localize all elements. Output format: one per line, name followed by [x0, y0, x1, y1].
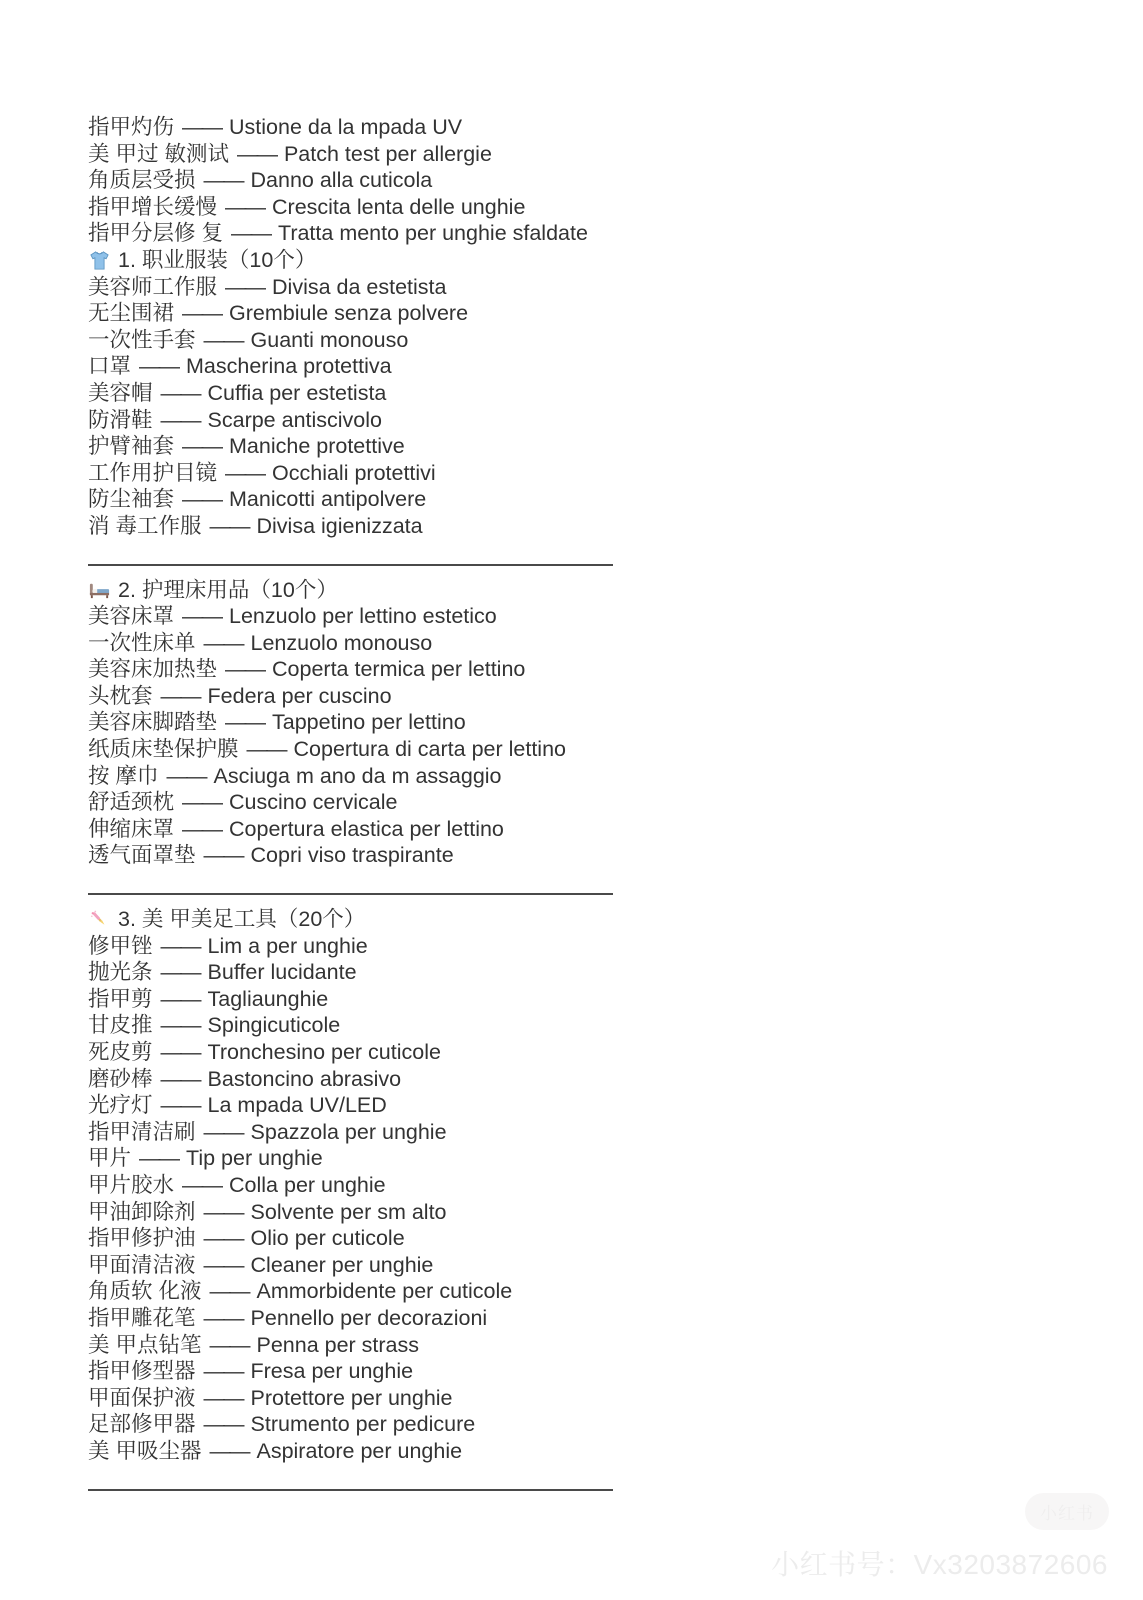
term-it: Occhiali protettivi	[272, 461, 436, 485]
sections-container: 1. 职业服装（10个）美容师工作服——Divisa da estetista无…	[88, 247, 613, 1465]
term-it: Divisa da estetista	[272, 275, 446, 299]
content-column: 指甲灼伤——Ustione da la mpada UV美 甲过 敏测试——Pa…	[88, 114, 613, 1502]
dash-separator: ——	[196, 843, 251, 867]
term-zh: 甲片	[88, 1146, 131, 1170]
vocab-line: 美 甲点钻笔——Penna per strass	[88, 1332, 613, 1359]
section-header: 3. 美 甲美足工具（20个）	[88, 906, 613, 933]
xiaohongshu-badge: 小红书	[1025, 1493, 1109, 1530]
vocab-line: 甲片——Tip per unghie	[88, 1145, 613, 1172]
term-it: Tappetino per lettino	[272, 710, 466, 734]
dash-separator: ——	[239, 737, 294, 761]
term-zh: 工作用护目镜	[88, 461, 217, 485]
final-divider	[88, 1489, 613, 1491]
vocab-line: 美容床罩——Lenzuolo per lettino estetico	[88, 603, 613, 630]
dash-separator: ——	[217, 195, 272, 219]
watermark-text: 小红书号：Vx3203872606	[771, 1543, 1108, 1583]
term-zh: 角质软 化液	[88, 1279, 201, 1303]
term-it: Lim a per unghie	[208, 934, 368, 958]
term-it: Penna per strass	[256, 1333, 419, 1357]
term-it: Fresa per unghie	[251, 1359, 414, 1383]
dash-separator: ——	[196, 168, 251, 192]
vocab-line: 磨砂棒——Bastoncino abrasivo	[88, 1066, 613, 1093]
dash-separator: ——	[201, 1279, 256, 1303]
term-it: Buffer lucidante	[208, 960, 357, 984]
term-zh: 死皮剪	[88, 1040, 153, 1064]
term-zh: 甲油卸除剂	[88, 1200, 196, 1224]
vocab-line: 甲面保护液——Protettore per unghie	[88, 1385, 613, 1412]
term-it: Tagliaunghie	[208, 987, 329, 1011]
term-zh: 美 甲吸尘器	[88, 1439, 201, 1463]
term-it: Coperta termica per lettino	[272, 657, 525, 681]
vocab-line: 美容床脚踏垫——Tappetino per lettino	[88, 709, 613, 736]
term-zh: 头枕套	[88, 684, 153, 708]
term-it: Spazzola per unghie	[251, 1120, 447, 1144]
term-zh: 消 毒工作服	[88, 514, 201, 538]
term-zh: 指甲增长缓慢	[88, 195, 217, 219]
term-it: Patch test per allergie	[284, 142, 492, 166]
vocab-line: 透气面罩垫——Copri viso traspirante	[88, 842, 613, 869]
vocab-line: 工作用护目镜——Occhiali protettivi	[88, 460, 613, 487]
term-zh: 按 摩巾	[88, 764, 158, 788]
term-it: Crescita lenta delle unghie	[272, 195, 525, 219]
vocab-line: 防滑鞋——Scarpe antiscivolo	[88, 407, 613, 434]
vocab-line: 防尘袖套——Manicotti antipolvere	[88, 486, 613, 513]
dash-separator: ——	[131, 354, 186, 378]
vocab-line: 甲片胶水——Colla per unghie	[88, 1172, 613, 1199]
bed-emoji-icon	[88, 578, 111, 601]
term-zh: 舒适颈枕	[88, 790, 174, 814]
term-zh: 磨砂棒	[88, 1067, 153, 1091]
term-it: Mascherina protettiva	[186, 354, 392, 378]
vocab-line: 美容师工作服——Divisa da estetista	[88, 274, 613, 301]
term-zh: 一次性床单	[88, 631, 196, 655]
term-zh: 口罩	[88, 354, 131, 378]
dash-separator: ——	[158, 764, 213, 788]
term-zh: 美容帽	[88, 381, 153, 405]
vocab-line: 指甲增长缓慢——Crescita lenta delle unghie	[88, 194, 613, 221]
term-zh: 防滑鞋	[88, 408, 153, 432]
term-it: Protettore per unghie	[251, 1386, 453, 1410]
vocab-line: 甲油卸除剂——Solvente per sm alto	[88, 1199, 613, 1226]
term-it: Danno alla cuticola	[251, 168, 433, 192]
term-zh: 指甲灼伤	[88, 115, 174, 139]
vocab-line: 指甲剪——Tagliaunghie	[88, 986, 613, 1013]
vocab-line: 修甲锉——Lim a per unghie	[88, 933, 613, 960]
dash-separator: ——	[153, 1067, 208, 1091]
nail-polish-emoji-icon	[88, 908, 111, 931]
vocab-line: 舒适颈枕——Cuscino cervicale	[88, 789, 613, 816]
term-it: Copertura elastica per lettino	[229, 817, 504, 841]
section-title: 1. 职业服装（10个）	[118, 247, 316, 274]
term-it: Solvente per sm alto	[251, 1200, 447, 1224]
dash-separator: ——	[153, 960, 208, 984]
section-title: 2. 护理床用品（10个）	[118, 577, 338, 604]
vocab-line: 纸质床垫保护膜——Copertura di carta per lettino	[88, 736, 613, 763]
dash-separator: ——	[217, 657, 272, 681]
term-it: Colla per unghie	[229, 1173, 386, 1197]
term-it: Scarpe antiscivolo	[208, 408, 382, 432]
dash-separator: ——	[196, 631, 251, 655]
term-zh: 伸缩床罩	[88, 817, 174, 841]
dash-separator: ——	[153, 1013, 208, 1037]
xiaohongshu-badge-label: 小红书	[1040, 1499, 1094, 1524]
vocab-line: 指甲修型器——Fresa per unghie	[88, 1358, 613, 1385]
term-zh: 指甲修护油	[88, 1226, 196, 1250]
term-zh: 无尘围裙	[88, 301, 174, 325]
vocab-line: 无尘围裙——Grembiule senza polvere	[88, 300, 613, 327]
term-it: Tronchesino per cuticole	[208, 1040, 441, 1064]
term-it: Aspiratore per unghie	[256, 1439, 462, 1463]
intro-list: 指甲灼伤——Ustione da la mpada UV美 甲过 敏测试——Pa…	[88, 114, 613, 247]
term-it: La mpada UV/LED	[208, 1093, 387, 1117]
dash-separator: ——	[196, 1412, 251, 1436]
dash-separator: ——	[131, 1146, 186, 1170]
term-zh: 一次性手套	[88, 328, 196, 352]
term-zh: 美容床脚踏垫	[88, 710, 217, 734]
dash-separator: ——	[201, 1439, 256, 1463]
vocab-line: 伸缩床罩——Copertura elastica per lettino	[88, 816, 613, 843]
term-zh: 指甲分层修 复	[88, 221, 223, 245]
dash-separator: ——	[196, 1359, 251, 1383]
term-zh: 美容师工作服	[88, 275, 217, 299]
term-it: Ammorbidente per cuticole	[256, 1279, 512, 1303]
term-it: Pennello per decorazioni	[251, 1306, 488, 1330]
term-it: Cleaner per unghie	[251, 1253, 434, 1277]
term-zh: 甲面清洁液	[88, 1253, 196, 1277]
vocab-line: 按 摩巾——Asciuga m ano da m assaggio	[88, 763, 613, 790]
section-divider	[88, 564, 613, 566]
dash-separator: ——	[217, 710, 272, 734]
term-it: Lenzuolo monouso	[251, 631, 433, 655]
dash-separator: ——	[174, 604, 229, 628]
vocab-line: 抛光条——Buffer lucidante	[88, 959, 613, 986]
term-it: Asciuga m ano da m assaggio	[213, 764, 501, 788]
term-it: Cuffia per estetista	[208, 381, 387, 405]
dash-separator: ——	[196, 328, 251, 352]
vocab-line: 一次性床单——Lenzuolo monouso	[88, 630, 613, 657]
vocab-line: 指甲清洁刷——Spazzola per unghie	[88, 1119, 613, 1146]
term-zh: 甘皮推	[88, 1013, 153, 1037]
dash-separator: ——	[153, 408, 208, 432]
dash-separator: ——	[174, 115, 229, 139]
vocab-line: 消 毒工作服——Divisa igienizzata	[88, 513, 613, 540]
dash-separator: ——	[174, 487, 229, 511]
dash-separator: ——	[201, 514, 256, 538]
dash-separator: ——	[196, 1226, 251, 1250]
term-zh: 光疗灯	[88, 1093, 153, 1117]
dash-separator: ——	[196, 1386, 251, 1410]
term-zh: 指甲修型器	[88, 1359, 196, 1383]
vocab-line: 一次性手套——Guanti monouso	[88, 327, 613, 354]
dash-separator: ——	[174, 1173, 229, 1197]
term-it: Tip per unghie	[186, 1146, 323, 1170]
term-it: Maniche protettive	[229, 434, 405, 458]
vocab-line: 甘皮推——Spingicuticole	[88, 1012, 613, 1039]
vocab-line: 美 甲过 敏测试——Patch test per allergie	[88, 141, 613, 168]
term-it: Manicotti antipolvere	[229, 487, 426, 511]
term-it: Strumento per pedicure	[251, 1412, 476, 1436]
term-it: Grembiule senza polvere	[229, 301, 468, 325]
dash-separator: ——	[217, 461, 272, 485]
term-zh: 角质层受损	[88, 168, 196, 192]
term-it: Bastoncino abrasivo	[208, 1067, 402, 1091]
vocab-line: 足部修甲器——Strumento per pedicure	[88, 1411, 613, 1438]
section-header: 1. 职业服装（10个）	[88, 247, 613, 274]
term-it: Guanti monouso	[251, 328, 409, 352]
vocab-line: 护臂袖套——Maniche protettive	[88, 433, 613, 460]
term-it: Federa per cuscino	[208, 684, 392, 708]
term-zh: 指甲雕花笔	[88, 1306, 196, 1330]
term-zh: 透气面罩垫	[88, 843, 196, 867]
dash-separator: ——	[153, 1093, 208, 1117]
tshirt-emoji-icon	[88, 249, 111, 272]
dash-separator: ——	[201, 1333, 256, 1357]
dash-separator: ——	[223, 221, 278, 245]
term-zh: 修甲锉	[88, 934, 153, 958]
term-it: Ustione da la mpada UV	[229, 115, 462, 139]
section-divider	[88, 893, 613, 895]
vocab-line: 死皮剪——Tronchesino per cuticole	[88, 1039, 613, 1066]
dash-separator: ——	[174, 301, 229, 325]
dash-separator: ——	[174, 817, 229, 841]
dash-separator: ——	[229, 142, 284, 166]
dash-separator: ——	[217, 275, 272, 299]
dash-separator: ——	[174, 434, 229, 458]
vocab-line: 指甲分层修 复——Tratta mento per unghie sfaldat…	[88, 220, 613, 247]
term-zh: 美 甲过 敏测试	[88, 142, 229, 166]
term-zh: 美容床罩	[88, 604, 174, 628]
term-it: Divisa igienizzata	[256, 514, 422, 538]
term-zh: 指甲清洁刷	[88, 1120, 196, 1144]
term-zh: 美容床加热垫	[88, 657, 217, 681]
term-it: Cuscino cervicale	[229, 790, 397, 814]
vocab-line: 美容床加热垫——Coperta termica per lettino	[88, 656, 613, 683]
vocab-line: 指甲灼伤——Ustione da la mpada UV	[88, 114, 613, 141]
vocab-line: 指甲修护油——Olio per cuticole	[88, 1225, 613, 1252]
dash-separator: ——	[153, 1040, 208, 1064]
term-zh: 甲面保护液	[88, 1386, 196, 1410]
term-it: Tratta mento per unghie sfaldate	[278, 221, 588, 245]
term-it: Spingicuticole	[208, 1013, 341, 1037]
vocab-line: 美容帽——Cuffia per estetista	[88, 380, 613, 407]
term-zh: 美 甲点钻笔	[88, 1333, 201, 1357]
dash-separator: ——	[153, 987, 208, 1011]
term-it: Olio per cuticole	[251, 1226, 405, 1250]
vocab-line: 甲面清洁液——Cleaner per unghie	[88, 1252, 613, 1279]
section-title: 3. 美 甲美足工具（20个）	[118, 906, 365, 933]
dash-separator: ——	[153, 381, 208, 405]
vocab-line: 头枕套——Federa per cuscino	[88, 683, 613, 710]
term-zh: 抛光条	[88, 960, 153, 984]
term-zh: 纸质床垫保护膜	[88, 737, 239, 761]
vocab-line: 光疗灯——La mpada UV/LED	[88, 1092, 613, 1119]
term-it: Copertura di carta per lettino	[294, 737, 566, 761]
vocab-line: 口罩——Mascherina protettiva	[88, 353, 613, 380]
dash-separator: ——	[153, 934, 208, 958]
term-zh: 防尘袖套	[88, 487, 174, 511]
vocab-line: 角质层受损——Danno alla cuticola	[88, 167, 613, 194]
dash-separator: ——	[196, 1253, 251, 1277]
vocab-line: 美 甲吸尘器——Aspiratore per unghie	[88, 1438, 613, 1465]
dash-separator: ——	[174, 790, 229, 814]
section-header: 2. 护理床用品（10个）	[88, 577, 613, 604]
term-it: Copri viso traspirante	[251, 843, 454, 867]
term-zh: 甲片胶水	[88, 1173, 174, 1197]
vocab-line: 角质软 化液——Ammorbidente per cuticole	[88, 1278, 613, 1305]
term-zh: 护臂袖套	[88, 434, 174, 458]
vocab-line: 指甲雕花笔——Pennello per decorazioni	[88, 1305, 613, 1332]
term-zh: 足部修甲器	[88, 1412, 196, 1436]
term-zh: 指甲剪	[88, 987, 153, 1011]
term-it: Lenzuolo per lettino estetico	[229, 604, 497, 628]
dash-separator: ——	[196, 1200, 251, 1224]
dash-separator: ——	[196, 1120, 251, 1144]
dash-separator: ——	[153, 684, 208, 708]
dash-separator: ——	[196, 1306, 251, 1330]
